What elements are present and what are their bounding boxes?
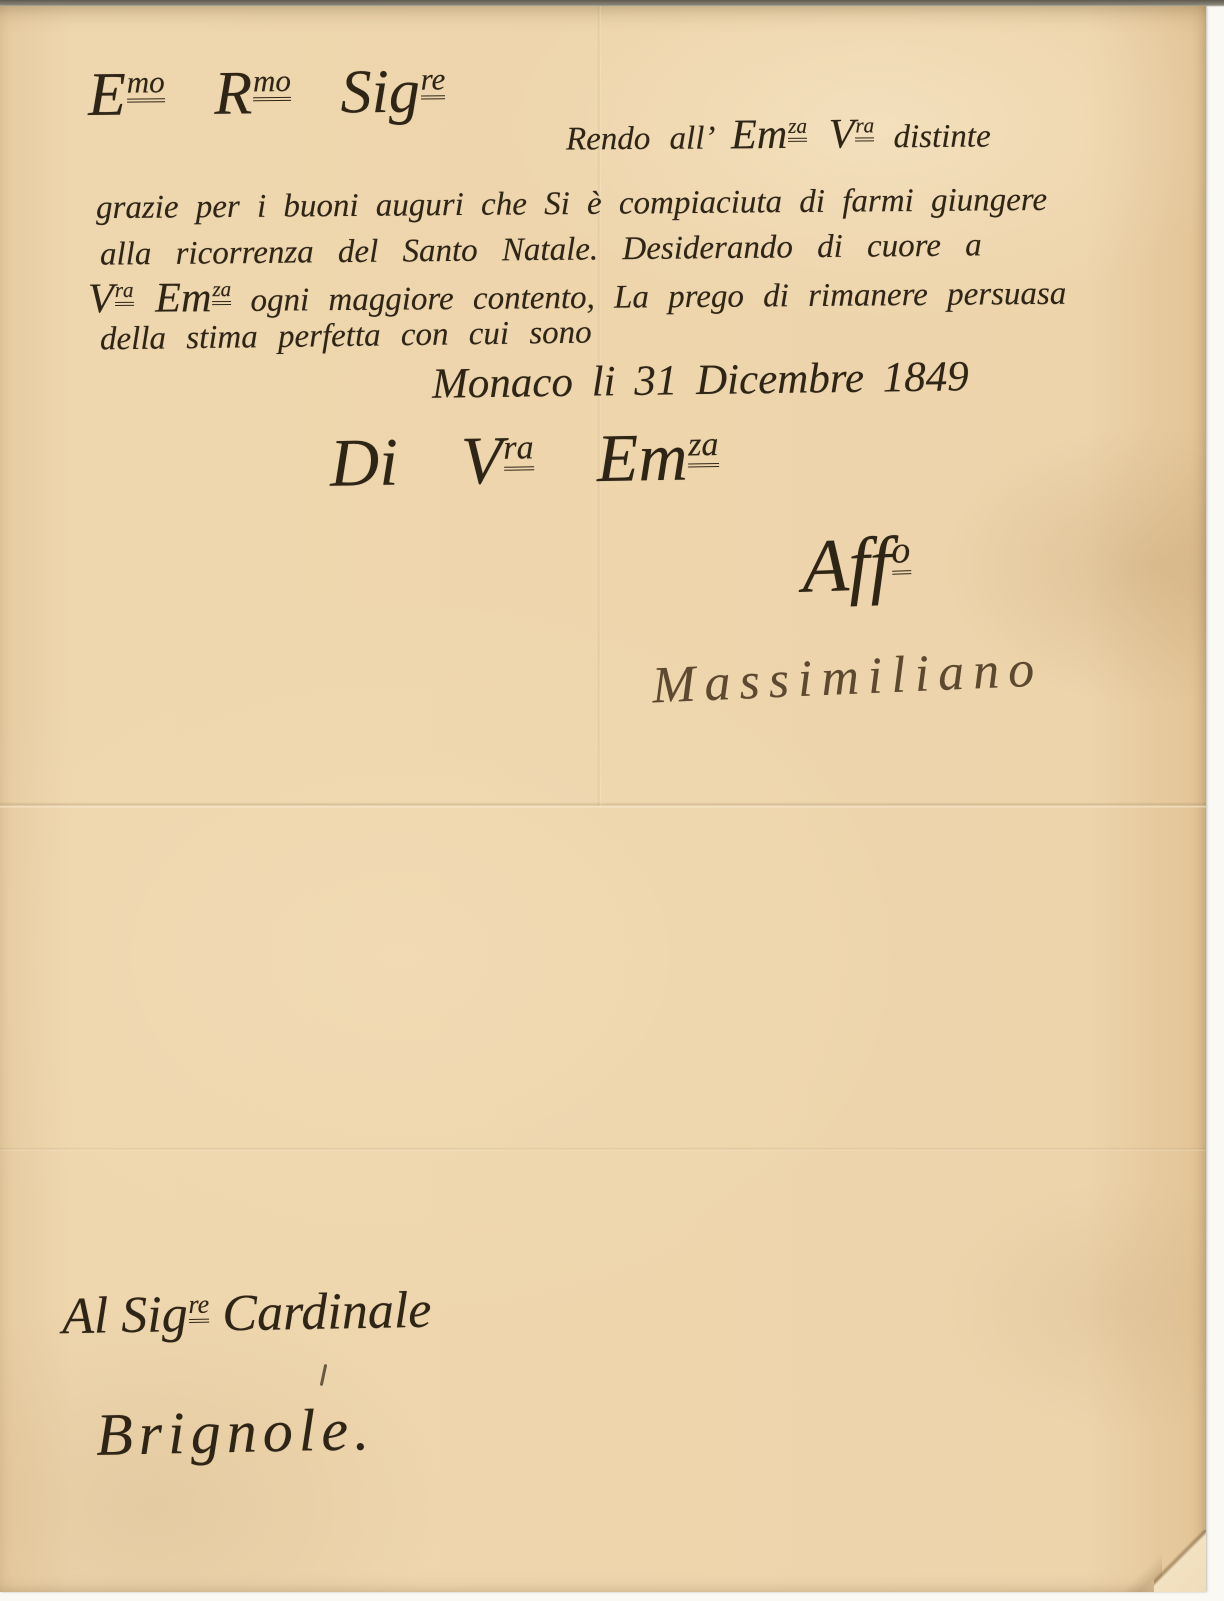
closing-superscript: o (890, 531, 910, 575)
vostra-abbrev: V (828, 110, 854, 157)
scanned-letter: Emo Rmo Sigre Rendo all’ Emza Vra distin… (0, 0, 1224, 1601)
vostra-abbrev: V (460, 422, 503, 499)
ink-speck (320, 1364, 328, 1386)
dateline: Monaco li 31 Dicembre 1849 (432, 352, 969, 408)
salutation-word1-superscript: mo (127, 67, 165, 103)
horizontal-fold-crease (0, 802, 1206, 808)
eminenza-abbrev-superscript: za (688, 428, 719, 468)
letter-page: Emo Rmo Sigre Rendo all’ Emza Vra distin… (0, 6, 1206, 1592)
eminenza-abbrev: Em (155, 274, 212, 321)
eminenza-abbrev-superscript: za (212, 279, 231, 305)
signature: Massimiliano (651, 639, 1044, 715)
body-line-1: Rendo all’ Emza Vra distinte (566, 109, 991, 161)
salutation-word3: Sig (340, 58, 420, 127)
body-line-2: grazie per i buoni auguri che Si è compi… (96, 182, 1047, 227)
body-line-1-end: distinte (893, 119, 990, 156)
valediction-word1: Di (329, 424, 398, 501)
address-line-1-end: Cardinale (209, 1282, 432, 1343)
closing-abbreviation: Affo (801, 520, 913, 611)
salutation-word3-superscript: re (420, 64, 445, 100)
signore-abbrev-superscript: re (188, 1291, 209, 1322)
salutation-word2: R (214, 59, 253, 127)
corner-fold (1154, 1530, 1206, 1592)
closing-base: Aff (801, 522, 893, 609)
eminenza-abbrev-superscript: za (788, 116, 807, 142)
eminenza-abbrev: Em (596, 419, 688, 497)
vostra-abbrev-superscript: ra (115, 280, 134, 306)
salutation-word1: E (88, 61, 127, 129)
body-line-5: della stima perfetta con cui sono (100, 315, 592, 359)
vostra-abbrev-superscript: ra (855, 115, 874, 141)
eminenza-abbrev: Em (731, 111, 788, 158)
address-line-2: Brignole. (95, 1395, 375, 1470)
salutation-word2-superscript: mo (253, 65, 291, 101)
horizontal-fold-crease-faint (0, 1147, 1206, 1151)
valediction: Di Vra Emza (329, 416, 765, 503)
address-line-1-start: Al Sig (62, 1286, 189, 1345)
vostra-abbrev-superscript: ra (503, 432, 534, 472)
body-line-1-start: Rendo all’ (566, 120, 712, 157)
address-line-1: Al Sigre Cardinale (62, 1281, 432, 1346)
vostra-abbrev: V (88, 275, 114, 322)
body-line-4-rest: ogni maggiore contento, La prego di rima… (250, 276, 1066, 319)
salutation: Emo Rmo Sigre (88, 56, 480, 131)
